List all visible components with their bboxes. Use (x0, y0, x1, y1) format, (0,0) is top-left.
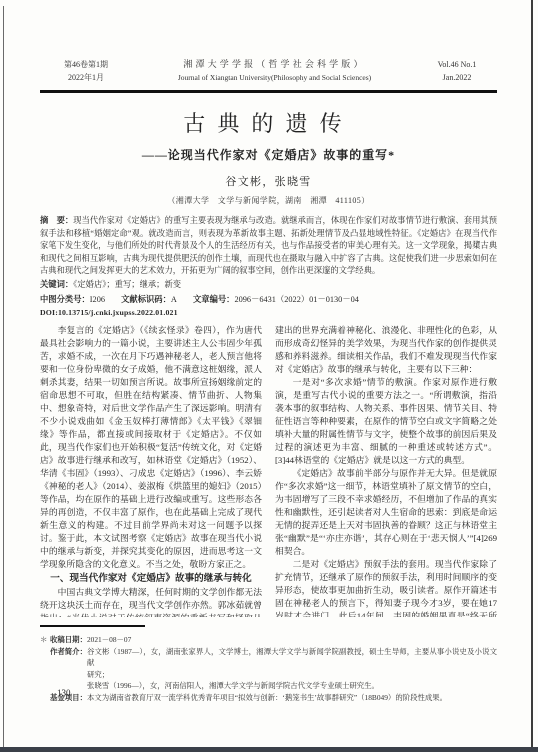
header-issue-block: 第46卷第1期 2022年1月 (40, 58, 132, 84)
scan-edge-right (531, 0, 533, 752)
scan-edge-left (3, 6, 4, 752)
article-id-value: 2096－6431（2022）01－0130－04 (234, 295, 358, 304)
keywords-line: 关键词：《定婚店》；重写；继承；新变 (40, 279, 497, 292)
body-paragraph: 二是对《定婚店》预叙手法的套用。现当代作家除了扩充情节，还继承了原作的预叙手法，… (275, 558, 497, 617)
body-paragraph: 一是对“多次求婚”情节的敷演。作家对原作进行敷演，是重写古代小说的重要方法之一。… (275, 376, 497, 467)
bio-line1-wrap: 研究； (87, 669, 109, 681)
bio-label: 作者简介： (50, 646, 87, 669)
body-paragraph: 李复言的《定婚店》（《续玄怪录》卷四），作为唐代最具社会影响力的一篇小说，主要讲… (40, 324, 262, 571)
running-head: 第46卷第1期 2022年1月 湘潭大学学报（哲学社会科学版） Journal … (40, 58, 497, 84)
body-column-right: 建出的世界充满着神秘化、浪漫化、非理性化的色彩，从而形成奇幻怪异的美学效果，为现… (275, 324, 497, 617)
date-en: Jan.2022 (417, 71, 497, 84)
body-column-left: 李复言的《定婚店》（《续玄怪录》卷四），作为唐代最具社会影响力的一篇小说，主要讲… (40, 324, 262, 617)
footnote-received: ＊ 收稿日期： 2021－08－07 (40, 634, 497, 646)
abstract-text: 现当代作家对《定婚店》的重写主要表现为继承与改造。就继承而言，体现在作家们对故事… (40, 216, 497, 275)
received-label: 收稿日期： (50, 634, 87, 646)
clc-label: 中图分类号： (40, 295, 90, 304)
page-number: 130 (57, 688, 71, 698)
bio-line2: 张晓雪（1996—），女，河南信阳人，湘潭大学文学与新闻学院古代文学专业硕士研究… (87, 680, 379, 692)
body-paragraph: 中国古典文学博大精深，任何时期的文学创作都无法绕开这块沃土而存在，现当代文学创作… (40, 586, 262, 617)
classification-line: 中图分类号：I206 文献标识码：A 文章编号：2096－6431（2022）0… (40, 294, 497, 307)
footnote-bio-2: 张晓雪（1996—），女，河南信阳人，湘潭大学文学与新闻学院古代文学专业硕士研究… (40, 680, 497, 692)
footnote-block: ＊ 收稿日期： 2021－08－07 作者简介： 谷文彬（1987—），女，湖南… (40, 634, 497, 703)
article-id-label: 文章编号： (193, 295, 235, 304)
body-paragraph: 《定婚店》故事前半部分与原作并无大异。但是就原作“多次求婚”这一细节，林语堂填补… (275, 467, 497, 558)
doi-line: DOI:10.13715/j.cnki.jxupss.2022.01.021 (40, 308, 497, 317)
doc-code-label: 文献标识码： (121, 295, 171, 304)
footnote-star: ＊ (40, 634, 50, 646)
journal-name-en: Journal of Xiangtan University(Philosoph… (132, 71, 417, 84)
clc-value: I206 (90, 295, 105, 304)
article-title: 古典的遗传 (40, 107, 497, 138)
page-content: 第46卷第1期 2022年1月 湘潭大学学报（哲学社会科学版） Journal … (40, 58, 497, 703)
article-subtitle: ——论现当代作家对《定婚店》故事的重写* (40, 146, 497, 163)
doc-code-value: A (171, 295, 177, 304)
journal-page: 第46卷第1期 2022年1月 湘潭大学学报（哲学社会科学版） Journal … (0, 0, 538, 752)
journal-name-cn: 湘潭大学学报（哲学社会科学版） (132, 58, 417, 71)
article-affiliation: （湘潭大学 文学与新闻学院，湖南 湘潭 411105） (40, 195, 497, 206)
date-cn: 2022年1月 (40, 71, 132, 84)
header-journal-name: 湘潭大学学报（哲学社会科学版） Journal of Xiangtan Univ… (132, 58, 417, 84)
keywords-label: 关键词： (40, 280, 73, 289)
scan-edge-bottom (0, 747, 538, 752)
section-heading-1: 一、现当代作家对《定婚店》故事的继承与转化 (40, 572, 262, 585)
received-value: 2021－08－07 (87, 634, 131, 646)
body-paragraph: 建出的世界充满着神秘化、浪漫化、非理性化的色彩，从而形成奇幻怪异的美学效果，为现… (275, 324, 497, 376)
footnote-bio-1: 作者简介： 谷文彬（1987—），女，湖南张家界人，文学博士，湘潭大学文学与新闻… (40, 646, 497, 669)
volume-issue-cn: 第46卷第1期 (40, 58, 132, 71)
footnote-bio-1-wrap: 研究； (40, 669, 497, 681)
abstract: 摘 要：现当代作家对《定婚店》的重写主要表现为继承与改造。就继承而言，体现在作家… (40, 215, 497, 278)
fund-value: 本文为湖南省教育厅双一流学科优秀青年项目“拟效与创新：‘鹅笼书生’故事群研究”（… (87, 692, 447, 704)
volume-en: Vol.46 No.1 (417, 58, 497, 71)
abstract-label: 摘 要： (40, 216, 73, 225)
bio-line1: 谷文彬（1987—），女，湖南张家界人，文学博士，湘潭大学文学与新闻学院副教授，… (87, 646, 497, 669)
header-vol-block: Vol.46 No.1 Jan.2022 (417, 58, 497, 84)
footnote-fund: 基金项目： 本文为湖南省教育厅双一流学科优秀青年项目“拟效与创新：‘鹅笼书生’故… (40, 692, 497, 704)
article-authors: 谷文彬，张晓雪 (40, 173, 497, 189)
keywords-text: 《定婚店》；重写；继承；新变 (73, 280, 181, 289)
header-rule (40, 90, 497, 93)
footnote-rule (40, 625, 145, 627)
body-columns: 李复言的《定婚店》（《续玄怪录》卷四），作为唐代最具社会影响力的一篇小说，主要讲… (40, 324, 497, 617)
